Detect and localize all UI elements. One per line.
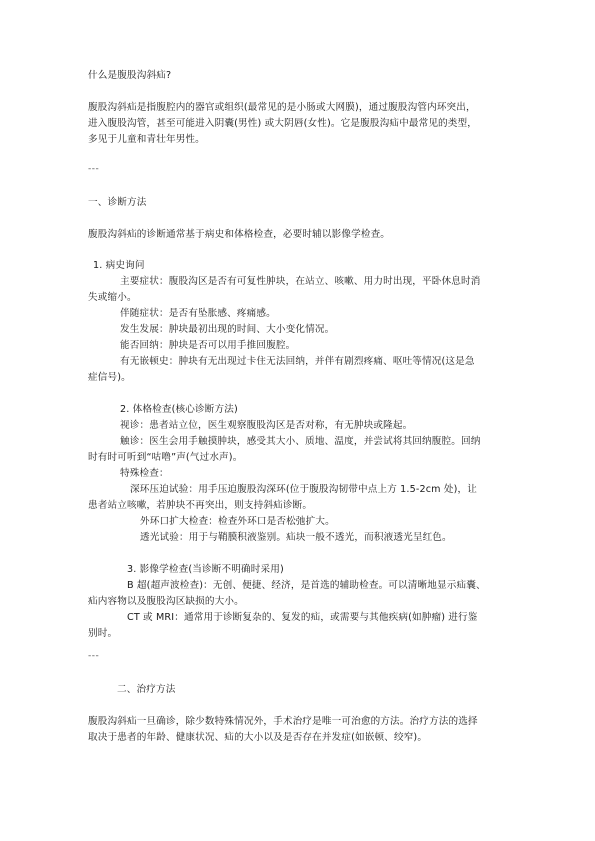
imaging-line: B 超(超声波检查)：无创、便捷、经济，是首选的辅助检查。可以清晰地显示疝囊、 [127, 579, 486, 593]
section2-heading: 二、治疗方法 [117, 683, 175, 697]
history-line: 发生发展：肿块最初出现的时间、大小变化情况。 [120, 323, 334, 337]
imaging-heading: 3. 影像学检查(当诊断不明确时采用) [127, 563, 284, 577]
physical-line: 特殊检查： [120, 467, 169, 481]
imaging-line: CT 或 MRI：通常用于诊断复杂的、复发的疝，或需要与其他疾病(如肿瘤) 进行… [127, 611, 478, 625]
document-title: 什么是腹股沟斜疝? [88, 69, 171, 83]
history-line: 症信号)。 [88, 371, 131, 385]
history-heading: 1. 病史询问 [93, 259, 145, 273]
section1-heading: 一、诊断方法 [88, 196, 146, 210]
section1-summary: 腹股沟斜疝的诊断通常基于病史和体格检查，必要时辅以影像学检查。 [88, 228, 390, 242]
intro-line-2: 进入腹股沟管，甚至可能进入阴囊(男性) 或大阴唇(女性)。它是腹股沟疝中最常见的… [88, 117, 477, 131]
physical-line: 触诊：医生会用手触摸肿块，感受其大小、质地、温度，并尝试将其回纳腹腔。回纳 [120, 435, 481, 449]
imaging-line: 疝内容物以及腹股沟区缺损的大小。 [88, 595, 244, 609]
history-line: 伴随症状：是否有坠胀感、疼痛感。 [120, 307, 276, 321]
physical-heading: 2. 体格检查(核心诊断方法) [120, 403, 238, 417]
physical-line: 患者站立咳嗽，若肿块不再突出，则支持斜疝诊断。 [88, 499, 312, 513]
physical-line: 时有时可听到“咕噜”声(气过水声)。 [88, 451, 242, 465]
physical-line: 深环压迫试验：用手压迫腹股沟深环(位于腹股沟韧带中点上方 1.5-2cm 处)，… [130, 483, 477, 497]
section2-line: 腹股沟斜疝一旦确诊，除少数特殊情况外，手术治疗是唯一可治愈的方法。治疗方法的选择 [88, 715, 478, 729]
imaging-line: 别时。 [88, 627, 117, 641]
intro-line-1: 腹股沟斜疝是指腹腔内的器官或组织(最常见的是小肠或大网膜)，通过腹股沟管内环突出… [88, 101, 476, 115]
history-line: 能否回纳：肿块是否可以用手推回腹腔。 [120, 339, 295, 353]
history-line: 主要症状：腹股沟区是否有可复性肿块，在站立、咳嗽、用力时出现，平卧休息时消 [120, 275, 481, 289]
section2-line: 取决于患者的年龄、健康状况、疝的大小以及是否存在并发症(如嵌顿、绞窄)。 [88, 731, 427, 745]
intro-line-3: 多见于儿童和青壮年男性。 [88, 133, 205, 147]
physical-line: 透光试验：用于与鞘膜积液鉴别。疝块一般不透光，而积液透光呈红色。 [140, 531, 452, 545]
document-page: 什么是腹股沟斜疝? 腹股沟斜疝是指腹腔内的器官或组织(最常见的是小肠或大网膜)，… [0, 0, 595, 841]
physical-line: 视诊：患者站立位，医生观察腹股沟区是否对称，有无肿块或隆起。 [120, 419, 412, 433]
separator: --- [88, 651, 99, 661]
separator: --- [88, 164, 99, 174]
history-line: 有无嵌顿史：肿块有无出现过卡住无法回纳，并伴有剧烈疼痛、呕吐等情况(这是急 [120, 355, 475, 369]
history-line: 失或缩小。 [88, 291, 137, 305]
physical-line: 外环口扩大检查：检查外环口是否松弛扩大。 [140, 515, 335, 529]
